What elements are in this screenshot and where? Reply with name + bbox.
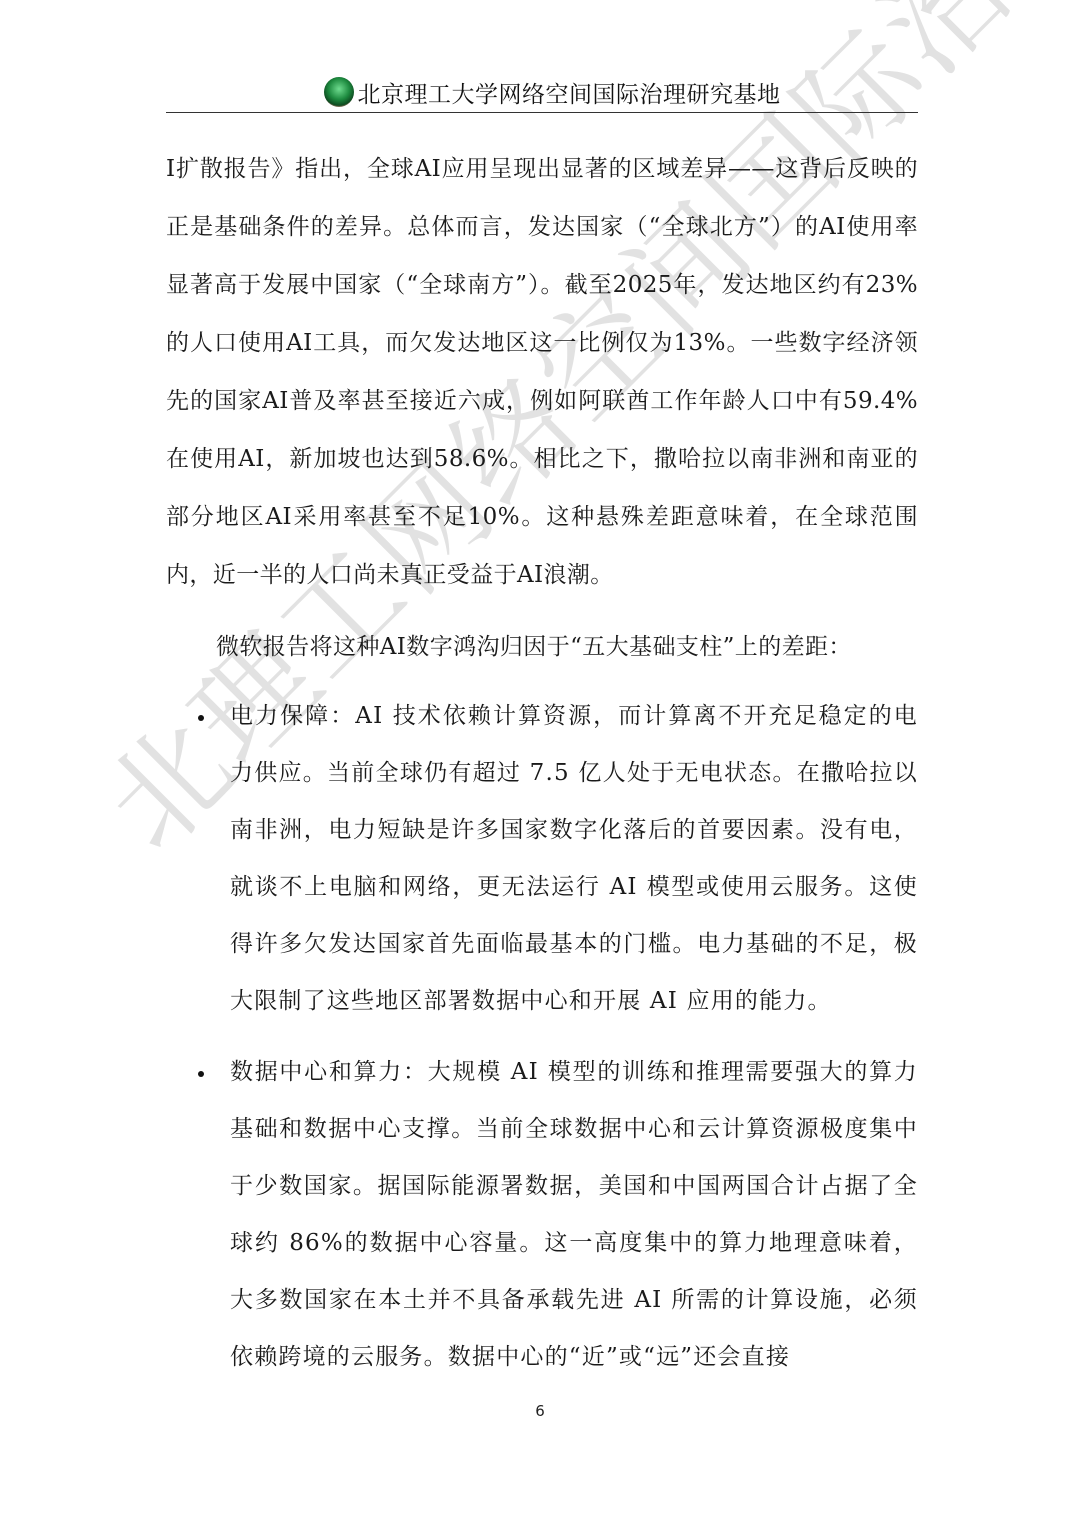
list-item-power: 电力保障：AI 技术依赖计算资源，而计算离不开充足稳定的电力供应。当前全球仍有超… [166,688,918,1030]
paragraph-regional-gap: I扩散报告》指出，全球AI应用呈现出显著的区域差异——这背后反映的正是基础条件的… [166,140,918,604]
list-item-text: 数据中心和算力：大规模 AI 模型的训练和推理需要强大的算力基础和数据中心支撑。… [230,1059,918,1370]
page-header: 北京理工大学网络空间国际治理研究基地 [166,72,918,113]
list-item-text: 电力保障：AI 技术依赖计算资源，而计算离不开充足稳定的电力供应。当前全球仍有超… [230,703,918,1014]
bullet-icon [198,1071,204,1077]
university-seal-icon [324,77,354,107]
document-body: I扩散报告》指出，全球AI应用呈现出显著的区域差异——这背后反映的正是基础条件的… [166,140,918,1386]
page-number: 6 [0,1402,1080,1420]
list-item-datacenter: 数据中心和算力：大规模 AI 模型的训练和推理需要强大的算力基础和数据中心支撑。… [166,1044,918,1386]
pillars-list: 电力保障：AI 技术依赖计算资源，而计算离不开充足稳定的电力供应。当前全球仍有超… [166,688,918,1386]
paragraph-five-pillars-intro: 微软报告将这种AI数字鸿沟归因于“五大基础支柱”上的差距： [166,618,918,676]
bullet-icon [198,715,204,721]
header-title: 北京理工大学网络空间国际治理研究基地 [358,76,781,109]
